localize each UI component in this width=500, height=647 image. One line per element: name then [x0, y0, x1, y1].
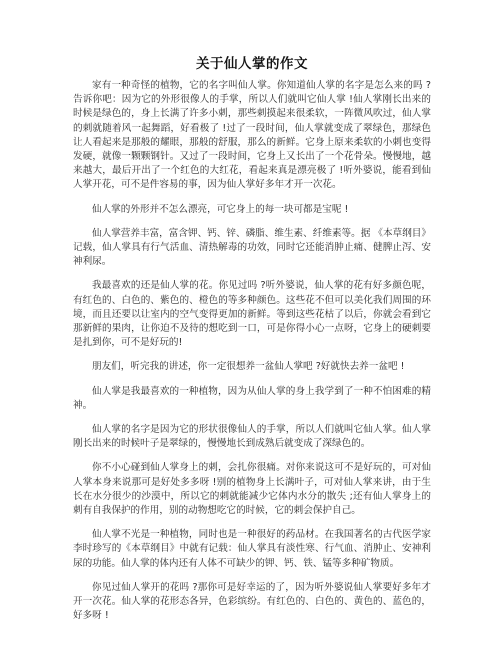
paragraph-1: 家有一种奇怪的植物，它的名字叫仙人掌。你知道仙人掌的名字是怎么来的吗 ?告诉你吧…	[73, 79, 431, 193]
paragraph-3: 仙人掌营养丰富，富含钾、钙、锌、磷脂、维生素、纤维素等。据 《本草纲目》 记载，…	[73, 227, 431, 270]
document-title: 关于仙人掌的作文	[73, 54, 431, 74]
paragraph-8: 你不小心碰到仙人掌身上的刺，会扎你很痛。对你来说这可不是好玩的，可对仙人掌本身来…	[73, 461, 431, 518]
paragraph-10: 你见过仙人掌开的花吗 ?那你可是好幸运的了，因为听外婆说仙人掌要好多年才开一次花…	[73, 581, 431, 624]
paragraph-5: 朋友们，听完我的讲述，你一定很想养一盆仙人掌吧 ?好就快去养一盆吧 !	[73, 360, 431, 374]
paragraph-4: 我最喜欢的还是仙人掌的花。你见过吗 ?听外婆说，仙人掌的花有好多颜色呢，有红色的…	[73, 279, 431, 350]
paragraph-7: 仙人掌的名字是因为它的形状很像仙人的手掌，所以人们就叫它仙人掌。仙人掌刚长出来的…	[73, 423, 431, 451]
paragraph-9: 仙人掌不光是一种植物，同时也是一种很好的药品材。在我国著名的古代医学家李时珍写的…	[73, 528, 431, 571]
paragraph-6: 仙人掌是我最喜欢的一种植物，因为从仙人掌的身上我学到了一种不怕困难的精神。	[73, 385, 431, 413]
document-page: 关于仙人掌的作文 家有一种奇怪的植物，它的名字叫仙人掌。你知道仙人掌的名字是怎么…	[73, 54, 431, 634]
paragraph-2: 仙人掌的外形并不怎么漂亮，可它身上的每一块可都是宝呢 !	[73, 203, 431, 217]
